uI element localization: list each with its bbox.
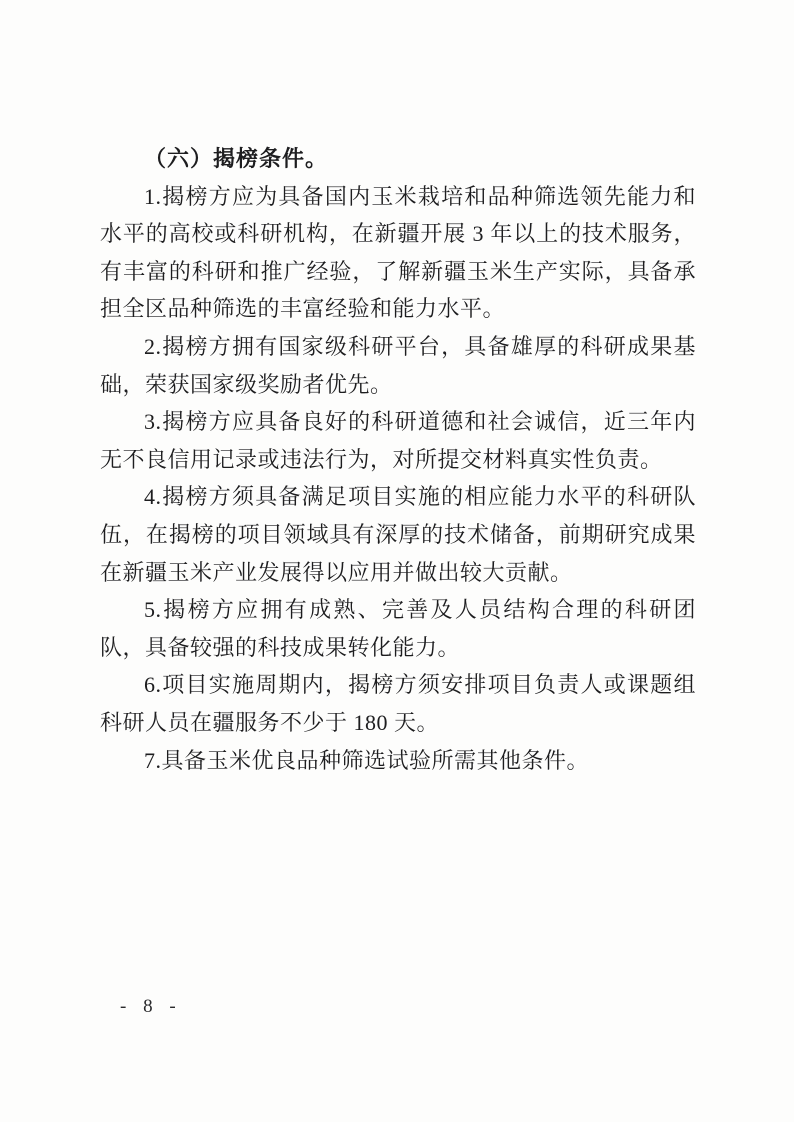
paragraph: 7.具备玉米优良品种筛选试验所需其他条件。 bbox=[100, 742, 696, 780]
document-page: （六）揭榜条件。 1.揭榜方应为具备国内玉米栽培和品种筛选领先能力和水平的高校或… bbox=[0, 0, 794, 1122]
paragraphs: 1.揭榜方应为具备国内玉米栽培和品种筛选领先能力和水平的高校或科研机构，在新疆开… bbox=[100, 178, 696, 780]
paragraph: 1.揭榜方应为具备国内玉米栽培和品种筛选领先能力和水平的高校或科研机构，在新疆开… bbox=[100, 178, 696, 328]
paragraph: 2.揭榜方拥有国家级科研平台，具备雄厚的科研成果基础，荣获国家级奖励者优先。 bbox=[100, 328, 696, 403]
document-content: （六）揭榜条件。 1.揭榜方应为具备国内玉米栽培和品种筛选领先能力和水平的高校或… bbox=[100, 140, 696, 779]
paragraph: 5.揭榜方应拥有成熟、完善及人员结构合理的科研团队，具备较强的科技成果转化能力。 bbox=[100, 591, 696, 666]
paragraph: 4.揭榜方须具备满足项目实施的相应能力水平的科研队伍，在揭榜的项目领域具有深厚的… bbox=[100, 478, 696, 591]
section-heading: （六）揭榜条件。 bbox=[100, 140, 696, 178]
paragraph: 3.揭榜方应具备良好的科研道德和社会诚信，近三年内无不良信用记录或违法行为，对所… bbox=[100, 403, 696, 478]
paragraph: 6.项目实施周期内，揭榜方须安排项目负责人或课题组科研人员在疆服务不少于 180… bbox=[100, 666, 696, 741]
page-number: - 8 - bbox=[120, 996, 182, 1018]
